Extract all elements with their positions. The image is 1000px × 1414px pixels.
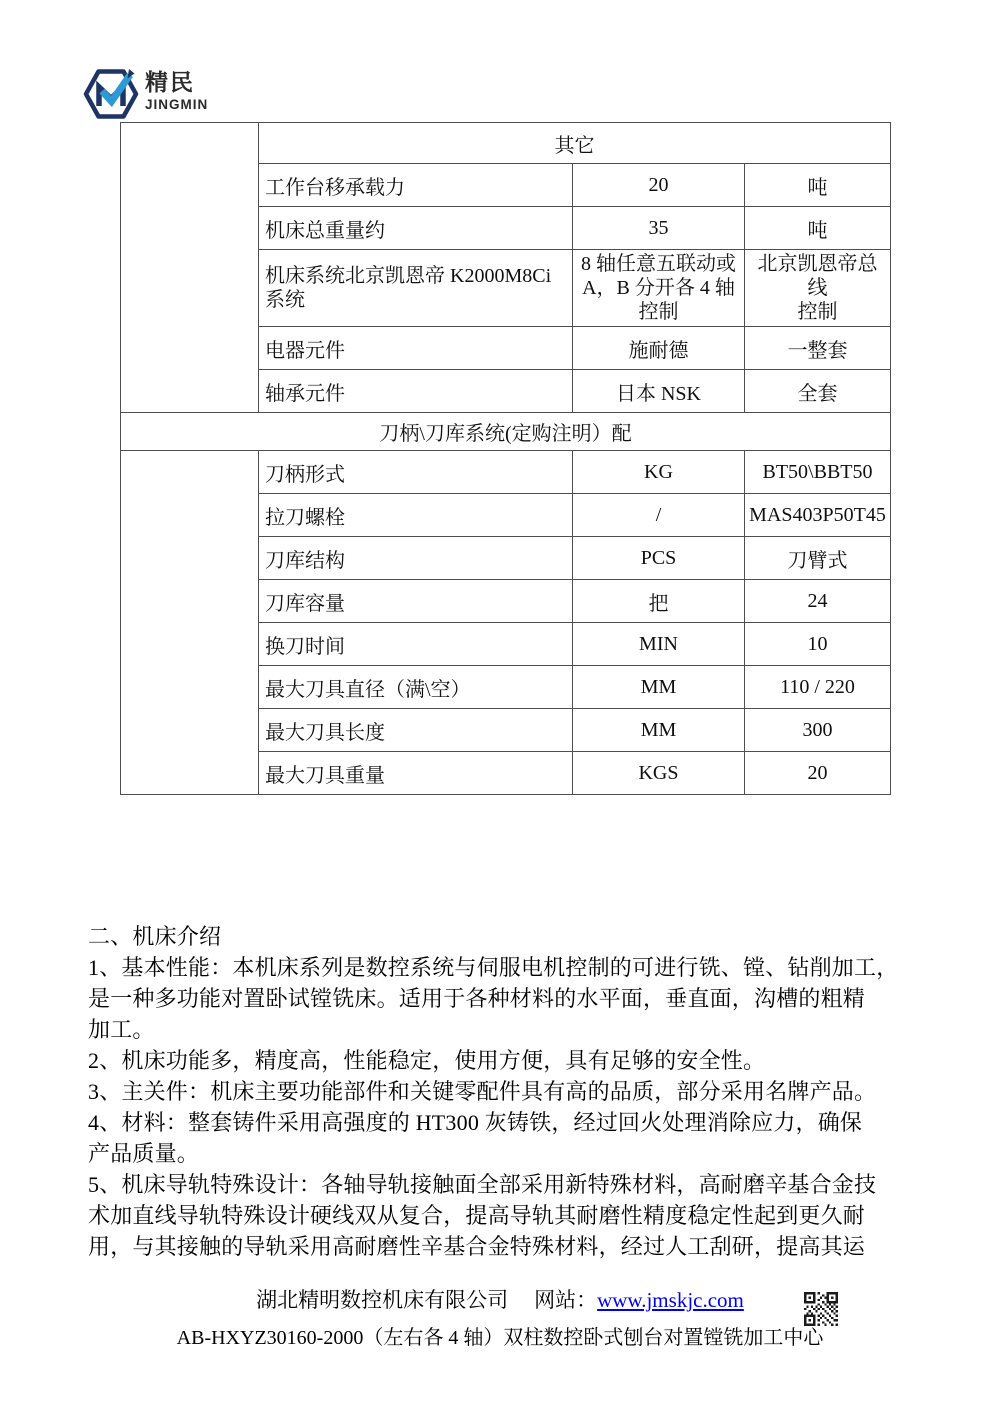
spec-unit: 北京凯恩帝总线 控制 [745, 250, 891, 327]
table-row: 刀柄\刀库系统(定购注明）配 [121, 413, 891, 451]
table-row: 其它 [121, 123, 891, 164]
logo-checkmark-icon [102, 75, 130, 102]
intro-line: 5、机床导轨特殊设计：各轴导轨接触面全部采用新特殊材料，高耐磨辛基合金技 [88, 1169, 920, 1200]
spec-label: 电器元件 [259, 327, 573, 370]
section-header-toolholder: 刀柄\刀库系统(定购注明）配 [121, 413, 891, 451]
spec-label: 刀库容量 [259, 580, 573, 623]
spec-value: MM [573, 666, 745, 709]
qr-code [804, 1291, 838, 1327]
intro-section: 二、机床介绍 1、基本性能：本机床系列是数控系统与伺服电机控制的可进行铣、镗、钻… [88, 921, 920, 1262]
side-merged-cell [121, 123, 259, 413]
qr-code-icon [804, 1291, 838, 1327]
spec-unit: 110 / 220 [745, 666, 891, 709]
spec-unit: 吨 [745, 207, 891, 250]
logo-graphic: 精民 JINGMIN [83, 63, 243, 127]
footer-company-line: 湖北精明数控机床有限公司网站：www.jmskjc.com [0, 1284, 1000, 1314]
company-logo: 精民 JINGMIN [83, 63, 243, 127]
footer-website-link[interactable]: www.jmskjc.com [597, 1288, 744, 1312]
spec-value: / [573, 494, 745, 537]
intro-line: 加工。 [88, 1014, 920, 1045]
intro-line: 4、材料：整套铸件采用高强度的 HT300 灰铸铁，经过回火处理消除应力，确保 [88, 1107, 920, 1138]
spec-unit: 一整套 [745, 327, 891, 370]
spec-label: 工作台移承载力 [259, 164, 573, 207]
spec-label: 拉刀螺栓 [259, 494, 573, 537]
spec-label: 轴承元件 [259, 370, 573, 413]
spec-value: KG [573, 451, 745, 494]
spec-value: 35 [573, 207, 745, 250]
spec-unit: 24 [745, 580, 891, 623]
spec-label: 机床系统北京凯恩帝 K2000M8Ci 系统 [259, 250, 573, 327]
spec-value: 8 轴任意五联动或 A，B 分开各 4 轴 控制 [573, 250, 745, 327]
spec-value: 把 [573, 580, 745, 623]
logo-text-en: JINGMIN [145, 97, 208, 112]
logo-text-cn: 精民 [145, 69, 195, 95]
spec-value: MIN [573, 623, 745, 666]
spec-unit: BT50\BBT50 [745, 451, 891, 494]
spec-unit: 刀臂式 [745, 537, 891, 580]
spec-unit: 全套 [745, 370, 891, 413]
spec-unit: 吨 [745, 164, 891, 207]
spec-unit: 10 [745, 623, 891, 666]
spec-label: 换刀时间 [259, 623, 573, 666]
spec-value: 20 [573, 164, 745, 207]
spec-value: KGS [573, 752, 745, 795]
intro-line: 是一种多功能对置卧试镗铣床。适用于各种材料的水平面，垂直面，沟槽的粗精 [88, 983, 920, 1014]
footer-company: 湖北精明数控机床有限公司 [256, 1288, 508, 1312]
intro-line: 产品质量。 [88, 1138, 920, 1169]
page-footer: 湖北精明数控机床有限公司网站：www.jmskjc.com AB-HXYZ301… [0, 1284, 1000, 1350]
spec-label: 刀柄形式 [259, 451, 573, 494]
section-header-other: 其它 [259, 123, 891, 164]
spec-table: 其它 工作台移承载力 20 吨 机床总重量约 35 吨 机床系统北京凯恩帝 K2… [120, 122, 891, 795]
spec-unit: 20 [745, 752, 891, 795]
intro-line: 用，与其接触的导轨采用高耐磨性辛基合金特殊材料，经过人工刮研，提高其运 [88, 1231, 920, 1262]
spec-value: 施耐德 [573, 327, 745, 370]
table-row: 刀柄形式 KG BT50\BBT50 [121, 451, 891, 494]
footer-site-label: 网站： [534, 1288, 597, 1312]
spec-label: 刀库结构 [259, 537, 573, 580]
spec-label: 最大刀具重量 [259, 752, 573, 795]
intro-line: 1、基本性能：本机床系列是数控系统与伺服电机控制的可进行铣、镗、钻削加工， [88, 952, 920, 983]
side-merged-cell [121, 451, 259, 795]
spec-unit: 300 [745, 709, 891, 752]
spec-unit: MAS403P50T45 [745, 494, 891, 537]
spec-label: 最大刀具长度 [259, 709, 573, 752]
intro-line: 3、主关件：机床主要功能部件和关键零配件具有高的品质，部分采用名牌产品。 [88, 1076, 920, 1107]
intro-line: 2、机床功能多，精度高，性能稳定，使用方便，具有足够的安全性。 [88, 1045, 920, 1076]
document-page: 精民 JINGMIN 其它 工作台移承载力 20 吨 机床总重量约 35 吨 [0, 0, 1000, 1414]
spec-value: PCS [573, 537, 745, 580]
intro-line: 术加直线导轨特殊设计硬线双从复合，提高导轨其耐磨性精度稳定性起到更久耐 [88, 1200, 920, 1231]
footer-model-line: AB-HXYZ30160-2000（左右各 4 轴）双柱数控卧式刨台对置镗铣加工… [0, 1321, 1000, 1350]
spec-value: 日本 NSK [573, 370, 745, 413]
spec-value: MM [573, 709, 745, 752]
intro-heading: 二、机床介绍 [88, 921, 920, 952]
spec-label: 最大刀具直径（满\空） [259, 666, 573, 709]
spec-label: 机床总重量约 [259, 207, 573, 250]
